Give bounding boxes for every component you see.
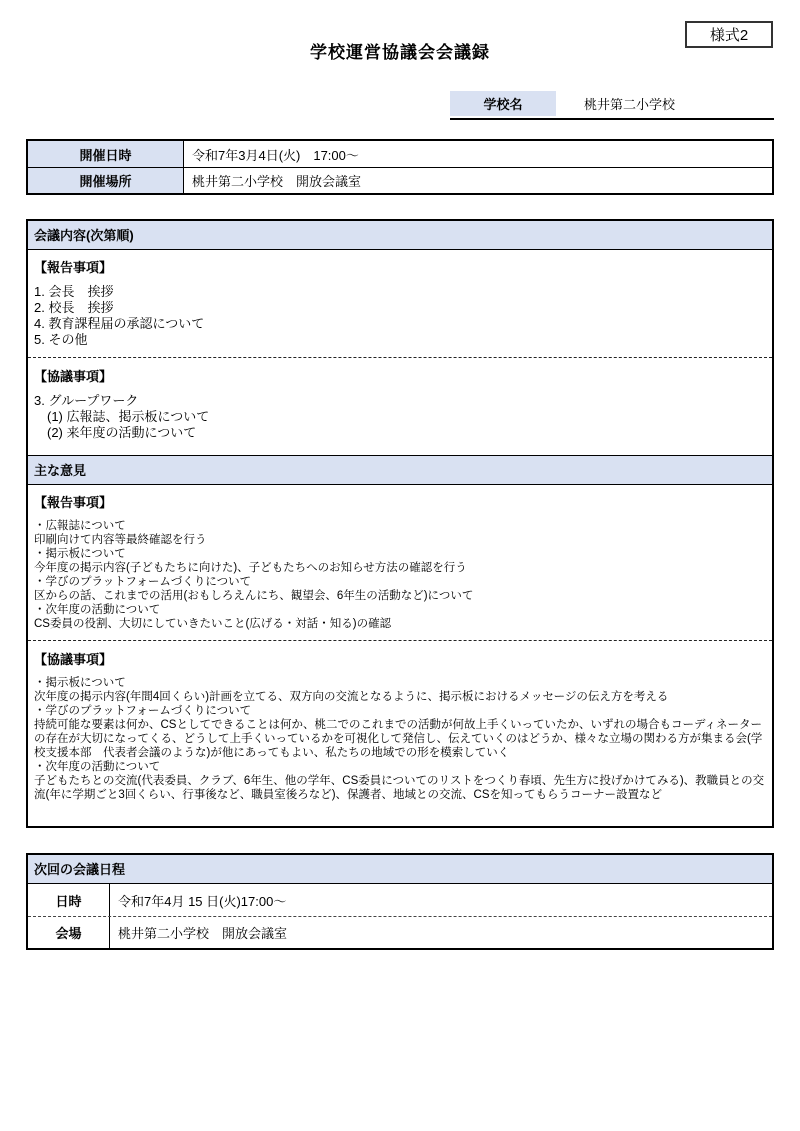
table-row: 開催日時 令和7年3月4日(火) 17:00～	[28, 141, 772, 167]
agenda-discussion-items: 3. グループワーク (1) 広報誌、掲示板について (2) 来年度の活動につい…	[34, 393, 766, 441]
form-number-box: 様式2	[685, 21, 773, 48]
text-line: (1) 広報誌、掲示板について	[34, 409, 766, 425]
text-line: 2. 校長 挨拶	[34, 300, 766, 316]
next-meeting-date-value: 令和7年4月 15 日(火)17:00～	[110, 884, 772, 916]
opinions-discussion-lines: ・掲示板について次年度の掲示内容(年間4回くらい)計画を立てる、双方向の交流とな…	[34, 676, 766, 802]
school-name-label: 学校名	[450, 91, 556, 116]
text-line: 5. その他	[34, 332, 766, 348]
next-meeting-header: 次回の会議日程	[28, 855, 772, 884]
text-line: ・次年度の活動について	[34, 760, 766, 774]
text-line: 今年度の掲示内容(子どもたちに向けた)、子どもたちへのお知らせ方法の確認を行う	[34, 561, 766, 575]
page-title: 学校運営協議会会議録	[26, 38, 774, 63]
next-meeting-place-label: 会場	[28, 917, 110, 948]
agenda-section-header: 会議内容(次第順)	[28, 221, 772, 250]
text-line: ・次年度の活動について	[34, 603, 766, 617]
text-line: 3. グループワーク	[34, 393, 766, 409]
agenda-section-content: 【報告事項】 1. 会長 挨拶2. 校長 挨拶4. 教育課程届の承認について5.…	[28, 250, 772, 455]
main-content-block: 会議内容(次第順) 【報告事項】 1. 会長 挨拶2. 校長 挨拶4. 教育課程…	[26, 219, 774, 828]
text-line: ・掲示板について	[34, 676, 766, 690]
text-line: (2) 来年度の活動について	[34, 425, 766, 441]
text-line: ・学びのプラットフォームづくりについて	[34, 575, 766, 589]
next-meeting-place-value: 桃井第二小学校 開放会議室	[110, 917, 772, 948]
text-line: ・掲示板について	[34, 547, 766, 561]
text-line: 印刷向けて内容等最終確認を行う	[34, 533, 766, 547]
next-meeting-date-label: 日時	[28, 884, 110, 916]
table-row: 開催場所 桃井第二小学校 開放会議室	[28, 167, 772, 193]
text-line: 子どもたちとの交流(代表委員、クラブ、6年生、他の学年、CS委員についてのリスト…	[34, 774, 766, 802]
meeting-place-value: 桃井第二小学校 開放会議室	[184, 168, 772, 193]
opinions-section-content: 【報告事項】 ・広報誌について印刷向けて内容等最終確認を行う・掲示板について今年…	[28, 485, 772, 826]
text-line: 区からの話、これまでの活用(おもしろえんにち、観望会、6年生の活動など)について	[34, 589, 766, 603]
agenda-discussion-label: 【協議事項】	[34, 366, 766, 385]
opinions-report-lines: ・広報誌について印刷向けて内容等最終確認を行う・掲示板について今年度の掲示内容(…	[34, 519, 766, 631]
dashed-divider	[28, 357, 772, 358]
opinions-report-label: 【報告事項】	[34, 492, 766, 511]
dashed-divider	[28, 640, 772, 641]
next-meeting-block: 次回の会議日程 日時 令和7年4月 15 日(火)17:00～ 会場 桃井第二小…	[26, 853, 774, 950]
opinions-section-header: 主な意見	[28, 455, 772, 485]
text-line: ・広報誌について	[34, 519, 766, 533]
school-name-row: 学校名 桃井第二小学校	[450, 91, 774, 120]
text-line: 1. 会長 挨拶	[34, 284, 766, 300]
meeting-place-label: 開催場所	[28, 168, 184, 193]
meeting-date-label: 開催日時	[28, 141, 184, 167]
text-line: 4. 教育課程届の承認について	[34, 316, 766, 332]
text-line: 持続可能な要素は何か、CSとしてできることは何か、桃二でのこれまでの活動が何故上…	[34, 718, 766, 760]
table-row: 日時 令和7年4月 15 日(火)17:00～	[28, 884, 772, 916]
form-number-label: 様式2	[710, 24, 748, 45]
text-line: CS委員の役割、大切にしていきたいこと(広げる・対話・知る)の確認	[34, 617, 766, 631]
meeting-info-table: 開催日時 令和7年3月4日(火) 17:00～ 開催場所 桃井第二小学校 開放会…	[26, 139, 774, 195]
text-line: ・学びのプラットフォームづくりについて	[34, 704, 766, 718]
opinions-discussion-label: 【協議事項】	[34, 649, 766, 668]
text-line: 次年度の掲示内容(年間4回くらい)計画を立てる、双方向の交流となるように、掲示板…	[34, 690, 766, 704]
table-row: 会場 桃井第二小学校 開放会議室	[28, 916, 772, 948]
meeting-date-value: 令和7年3月4日(火) 17:00～	[184, 141, 772, 167]
meeting-minutes-page: 様式2 学校運営協議会会議録 学校名 桃井第二小学校 開催日時 令和7年3月4日…	[0, 0, 800, 1131]
agenda-report-items: 1. 会長 挨拶2. 校長 挨拶4. 教育課程届の承認について5. その他	[34, 284, 766, 348]
agenda-report-label: 【報告事項】	[34, 257, 766, 276]
school-name-value: 桃井第二小学校	[556, 94, 675, 113]
